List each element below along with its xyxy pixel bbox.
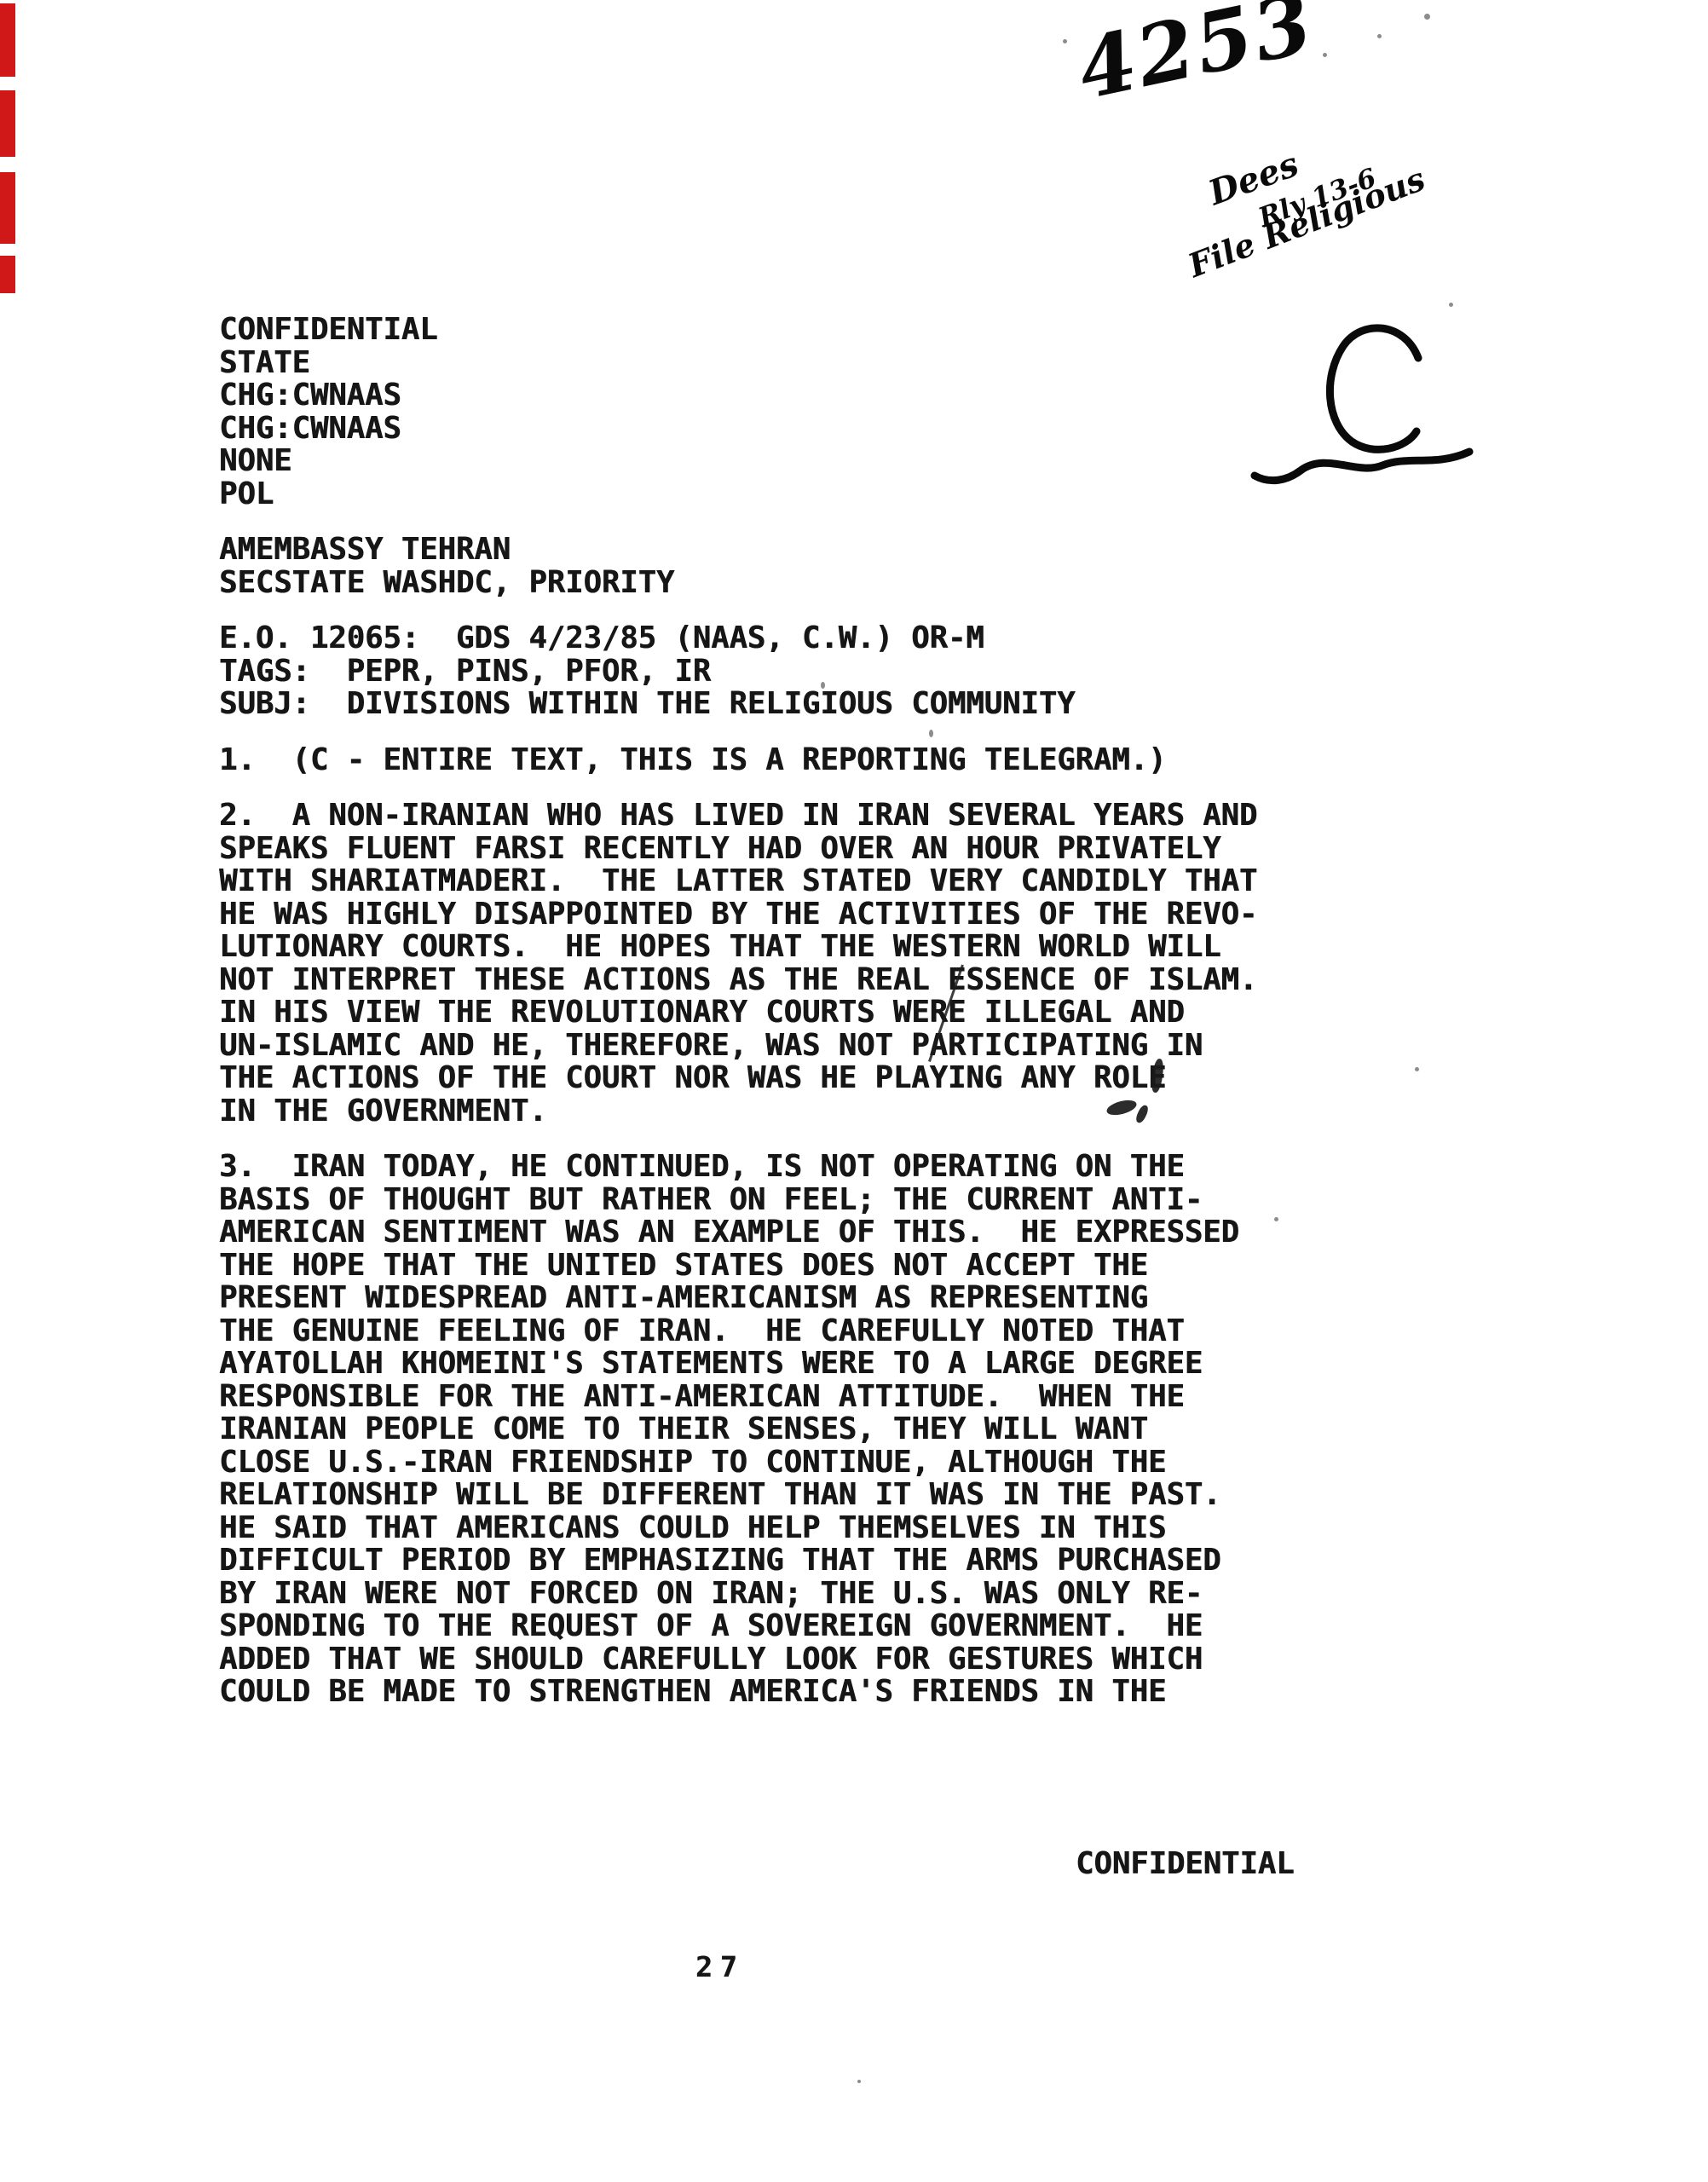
text-line: THE HOPE THAT THE UNITED STATES DOES NOT… (219, 1250, 1446, 1283)
text-line: STATE (219, 347, 1446, 380)
text-line: CLOSE U.S.-IRAN FRIENDSHIP TO CONTINUE, … (219, 1446, 1446, 1480)
address-block: AMEMBASSY TEHRANSECSTATE WASHDC, PRIORIT… (219, 534, 1446, 599)
text-line: HE SAID THAT AMERICANS COULD HELP THEMSE… (219, 1512, 1446, 1545)
speck (821, 682, 825, 689)
text-line: NONE (219, 445, 1446, 478)
paragraph-3: 3. IRAN TODAY, HE CONTINUED, IS NOT OPER… (219, 1151, 1446, 1709)
text-line: LUTIONARY COURTS. HE HOPES THAT THE WEST… (219, 931, 1446, 964)
telegram-page: 4253 Dees Rly 13-6 File Religious CONFID… (0, 0, 1708, 2182)
text-line: SPONDING TO THE REQUEST OF A SOVEREIGN G… (219, 1610, 1446, 1643)
text-line: POL (219, 478, 1446, 511)
text-line: THE ACTIONS OF THE COURT NOR WAS HE PLAY… (219, 1062, 1446, 1095)
paragraph-1: 1. (C - ENTIRE TEXT, THIS IS A REPORTING… (219, 744, 1446, 777)
reference-block: E.O. 12065: GDS 4/23/85 (NAAS, C.W.) OR-… (219, 622, 1446, 721)
text-line: BY IRAN WERE NOT FORCED ON IRAN; THE U.S… (219, 1578, 1446, 1611)
text-line: E.O. 12065: GDS 4/23/85 (NAAS, C.W.) OR-… (219, 622, 1446, 655)
typed-text-block: CONFIDENTIALSTATECHG:CWNAASCHG:CWNAASNON… (219, 314, 1446, 1732)
red-margin-mark (0, 90, 15, 157)
red-margin-mark (0, 3, 15, 77)
text-line: AMEMBASSY TEHRAN (219, 534, 1446, 567)
text-line: 2. A NON-IRANIAN WHO HAS LIVED IN IRAN S… (219, 799, 1446, 833)
text-line: DIFFICULT PERIOD BY EMPHASIZING THAT THE… (219, 1544, 1446, 1578)
text-line: PRESENT WIDESPREAD ANTI-AMERICANISM AS R… (219, 1282, 1446, 1315)
speck (929, 730, 933, 737)
speck (1274, 1217, 1278, 1221)
paragraph-2: 2. A NON-IRANIAN WHO HAS LIVED IN IRAN S… (219, 799, 1446, 1128)
red-margin-mark (0, 172, 15, 244)
text-line: COULD BE MADE TO STRENGTHEN AMERICA'S FR… (219, 1676, 1446, 1709)
text-line: 1. (C - ENTIRE TEXT, THIS IS A REPORTING… (219, 744, 1446, 777)
text-line: BASIS OF THOUGHT BUT RATHER ON FEEL; THE… (219, 1184, 1446, 1217)
text-line: IN HIS VIEW THE REVOLUTIONARY COURTS WER… (219, 996, 1446, 1030)
speck (1063, 39, 1067, 43)
speck (1449, 303, 1453, 307)
text-line: SECSTATE WASHDC, PRIORITY (219, 567, 1446, 600)
red-margin-mark (0, 256, 15, 293)
text-line: RELATIONSHIP WILL BE DIFFERENT THAN IT W… (219, 1479, 1446, 1512)
text-line: IN THE GOVERNMENT. (219, 1095, 1446, 1129)
text-line: CONFIDENTIAL (219, 314, 1446, 347)
text-line: 3. IRAN TODAY, HE CONTINUED, IS NOT OPER… (219, 1151, 1446, 1184)
speck (1424, 14, 1430, 20)
text-line: RESPONSIBLE FOR THE ANTI-AMERICAN ATTITU… (219, 1381, 1446, 1414)
speck (1323, 53, 1327, 57)
speck (1377, 34, 1382, 38)
text-line: SPEAKS FLUENT FARSI RECENTLY HAD OVER AN… (219, 833, 1446, 866)
text-line: UN-ISLAMIC AND HE, THEREFORE, WAS NOT PA… (219, 1030, 1446, 1063)
text-line: TAGS: PEPR, PINS, PFOR, IR (219, 655, 1446, 689)
text-line: SUBJ: DIVISIONS WITHIN THE RELIGIOUS COM… (219, 688, 1446, 721)
text-line: IRANIAN PEOPLE COME TO THEIR SENSES, THE… (219, 1413, 1446, 1446)
footer-classification: CONFIDENTIAL (1076, 1848, 1294, 1881)
routing-header-block: CONFIDENTIALSTATECHG:CWNAASCHG:CWNAASNON… (219, 314, 1446, 511)
page-number: 27 (695, 1950, 745, 1983)
text-line: NOT INTERPRET THESE ACTIONS AS THE REAL … (219, 964, 1446, 997)
text-line: CHG:CWNAAS (219, 413, 1446, 446)
text-line: HE WAS HIGHLY DISAPPOINTED BY THE ACTIVI… (219, 898, 1446, 932)
text-line: AMERICAN SENTIMENT WAS AN EXAMPLE OF THI… (219, 1216, 1446, 1250)
text-line: WITH SHARIATMADERI. THE LATTER STATED VE… (219, 865, 1446, 898)
text-line: ADDED THAT WE SHOULD CAREFULLY LOOK FOR … (219, 1643, 1446, 1677)
handwritten-doc-number: 4253 (1070, 0, 1323, 118)
speck (1415, 1067, 1419, 1071)
text-line: THE GENUINE FEELING OF IRAN. HE CAREFULL… (219, 1315, 1446, 1348)
speck (857, 2080, 861, 2083)
text-line: CHG:CWNAAS (219, 379, 1446, 413)
text-line: AYATOLLAH KHOMEINI'S STATEMENTS WERE TO … (219, 1348, 1446, 1381)
